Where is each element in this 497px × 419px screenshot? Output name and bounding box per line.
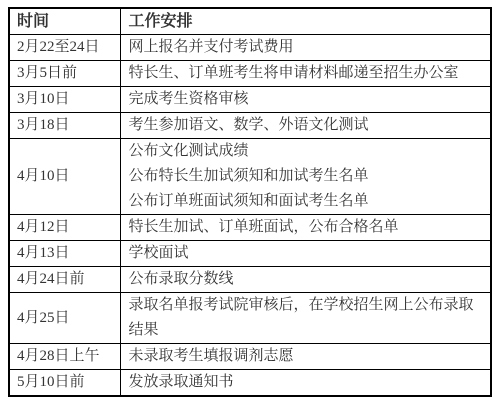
- task-line: 录取名单报考试院审核后，在学校招生网上公布录取结果: [129, 293, 487, 343]
- tasks-cell: 公布文化测试成绩公布特长生加试须知和加试考生名单公布订单班面试须知和面试考生名单: [120, 139, 491, 215]
- task-line: 特长生加试、订单班面试，公布合格名单: [129, 215, 487, 240]
- schedule-table-body: 2月22至24日网上报名并支付考试费用3月5日前特长生、订单班考生将申请材料邮递…: [9, 35, 491, 397]
- time-cell: 4月25日: [9, 293, 120, 344]
- tasks-cell: 特长生、订单班考生将申请材料邮递至招生办公室: [120, 61, 491, 87]
- task-line: 公布文化测试成绩: [129, 139, 487, 164]
- time-cell: 4月13日: [9, 241, 120, 267]
- tasks-cell: 录取名单报考试院审核后，在学校招生网上公布录取结果: [120, 293, 491, 344]
- time-cell: 5月10日前: [9, 370, 120, 397]
- task-line: 公布特长生加试须知和加试考生名单: [129, 164, 487, 189]
- tasks-cell: 未录取考生填报调剂志愿: [120, 344, 491, 370]
- task-line: 考生参加语文、数学、外语文化测试: [129, 113, 487, 138]
- time-cell: 4月28日上午: [9, 344, 120, 370]
- task-line: 公布订单班面试须知和面试考生名单: [129, 189, 487, 214]
- table-header-row: 时间 工作安排: [9, 8, 491, 35]
- schedule-table: 时间 工作安排 2月22至24日网上报名并支付考试费用3月5日前特长生、订单班考…: [8, 7, 492, 397]
- task-line: 完成考生资格审核: [129, 87, 487, 112]
- task-line: 未录取考生填报调剂志愿: [129, 344, 487, 369]
- column-header-time: 时间: [9, 8, 120, 35]
- time-cell: 3月18日: [9, 113, 120, 139]
- tasks-cell: 网上报名并支付考试费用: [120, 35, 491, 61]
- task-line: 学校面试: [129, 241, 487, 266]
- table-row: 4月28日上午未录取考生填报调剂志愿: [9, 344, 491, 370]
- time-cell: 4月12日: [9, 215, 120, 241]
- tasks-cell: 学校面试: [120, 241, 491, 267]
- table-row: 4月25日录取名单报考试院审核后，在学校招生网上公布录取结果: [9, 293, 491, 344]
- document-page: 时间 工作安排 2月22至24日网上报名并支付考试费用3月5日前特长生、订单班考…: [0, 0, 497, 397]
- time-cell: 3月10日: [9, 87, 120, 113]
- tasks-cell: 公布录取分数线: [120, 267, 491, 293]
- table-row: 3月5日前特长生、订单班考生将申请材料邮递至招生办公室: [9, 61, 491, 87]
- table-row: 5月10日前发放录取通知书: [9, 370, 491, 397]
- tasks-cell: 发放录取通知书: [120, 370, 491, 397]
- column-header-work: 工作安排: [120, 8, 491, 35]
- table-row: 3月10日完成考生资格审核: [9, 87, 491, 113]
- time-cell: 3月5日前: [9, 61, 120, 87]
- time-cell: 2月22至24日: [9, 35, 120, 61]
- task-line: 特长生、订单班考生将申请材料邮递至招生办公室: [129, 61, 487, 86]
- table-row: 4月24日前公布录取分数线: [9, 267, 491, 293]
- task-line: 公布录取分数线: [129, 267, 487, 292]
- time-cell: 4月24日前: [9, 267, 120, 293]
- table-row: 4月10日公布文化测试成绩公布特长生加试须知和加试考生名单公布订单班面试须知和面…: [9, 139, 491, 215]
- time-cell: 4月10日: [9, 139, 120, 215]
- table-row: 3月18日考生参加语文、数学、外语文化测试: [9, 113, 491, 139]
- task-line: 网上报名并支付考试费用: [129, 35, 487, 60]
- task-line: 发放录取通知书: [129, 370, 487, 395]
- table-row: 4月13日学校面试: [9, 241, 491, 267]
- table-row: 2月22至24日网上报名并支付考试费用: [9, 35, 491, 61]
- table-row: 4月12日特长生加试、订单班面试，公布合格名单: [9, 215, 491, 241]
- tasks-cell: 完成考生资格审核: [120, 87, 491, 113]
- tasks-cell: 考生参加语文、数学、外语文化测试: [120, 113, 491, 139]
- tasks-cell: 特长生加试、订单班面试，公布合格名单: [120, 215, 491, 241]
